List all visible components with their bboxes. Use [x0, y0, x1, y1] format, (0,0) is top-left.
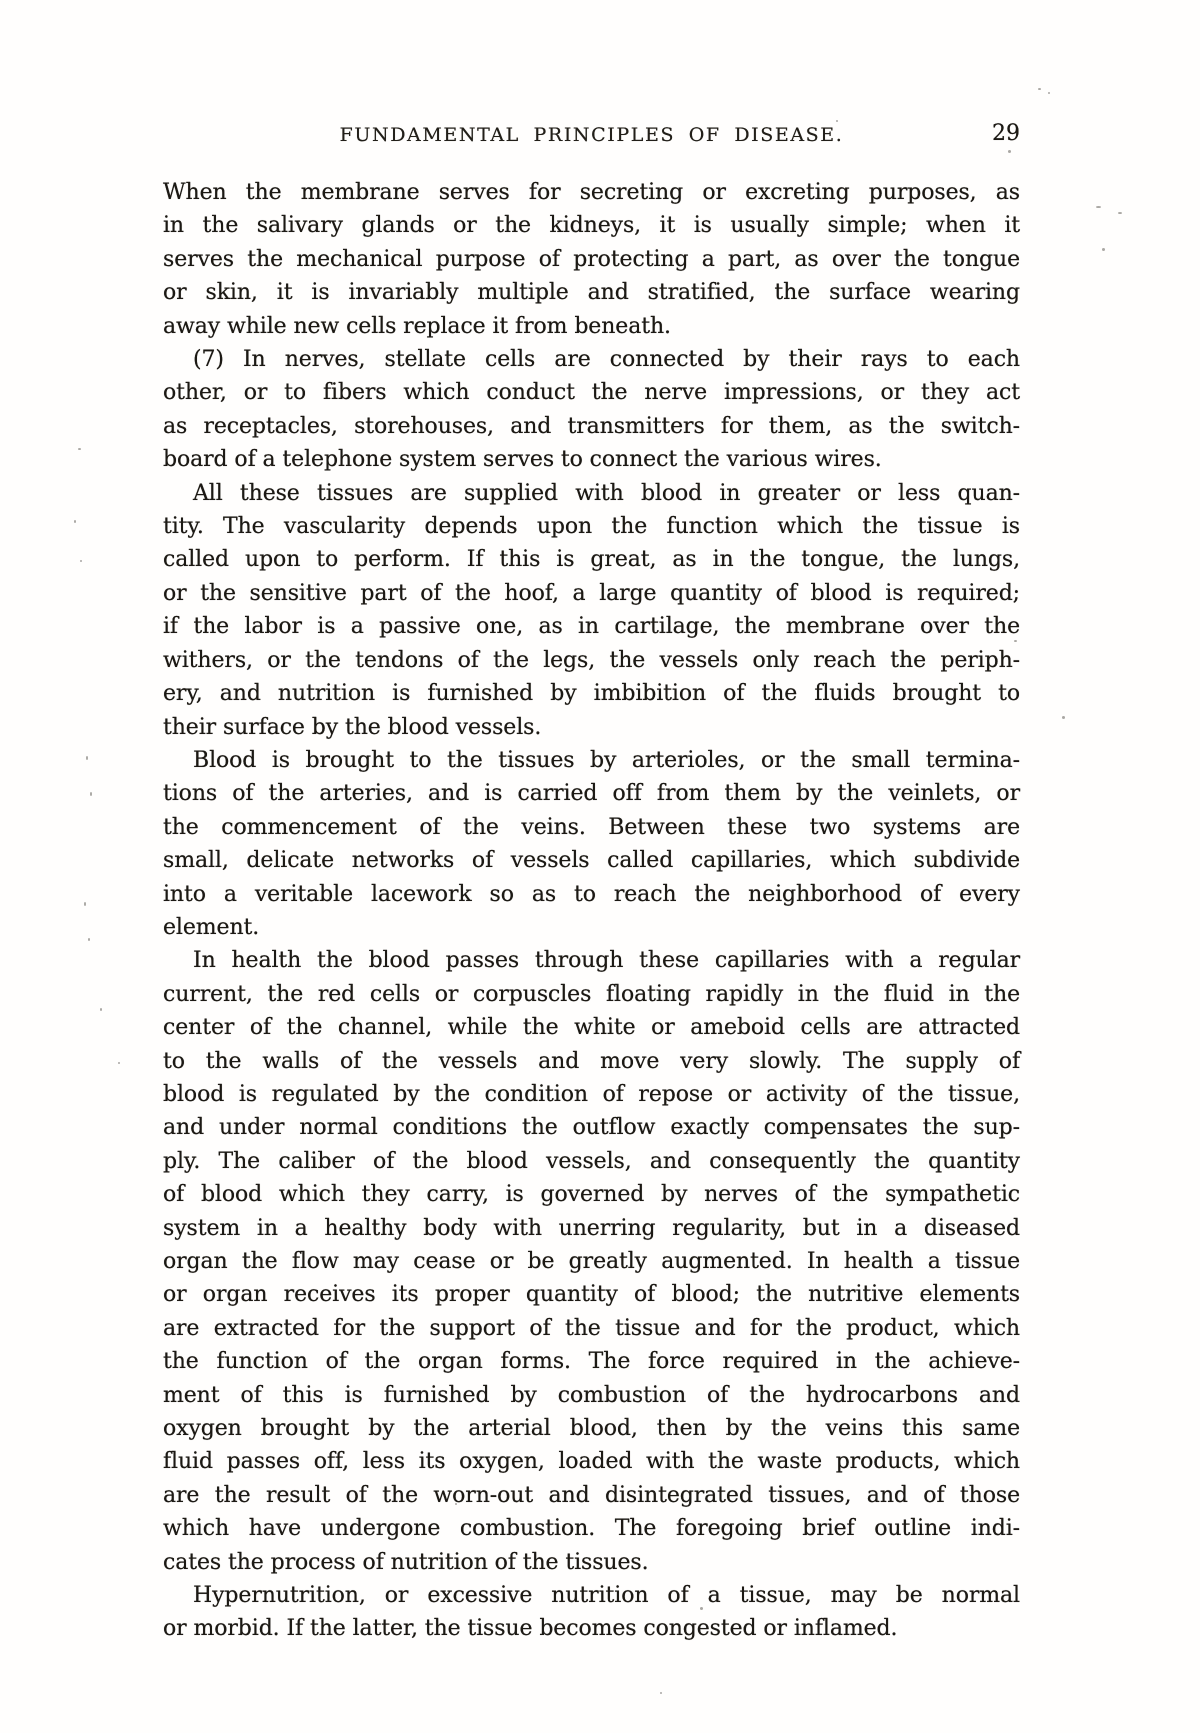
- scan-speckle: [1038, 88, 1041, 90]
- text-line: serves the mechanical purpose of protect…: [163, 243, 1020, 276]
- text-line: small, delicate networks of vessels call…: [163, 844, 1020, 877]
- text-line: or organ receives its proper quantity of…: [163, 1278, 1020, 1311]
- text-line: or the sensitive part of the hoof, a lar…: [163, 577, 1020, 610]
- text-line: into a veritable lacework so as to reach…: [163, 878, 1020, 911]
- text-line: current, the red cells or corpuscles flo…: [163, 978, 1020, 1011]
- text-line: fluid passes off, less its oxygen, loade…: [163, 1445, 1020, 1478]
- text-line: of blood which they carry, is governed b…: [163, 1178, 1020, 1211]
- text-line: center of the channel, while the white o…: [163, 1011, 1020, 1044]
- book-page: FUNDAMENTAL PRINCIPLES OF DISEASE. 29 Wh…: [0, 0, 1200, 1733]
- text-line: to the walls of the vessels and move ver…: [163, 1045, 1020, 1078]
- text-line: organ the flow may cease or be greatly a…: [163, 1245, 1020, 1278]
- text-line: away while new cells replace it from ben…: [163, 310, 1020, 343]
- text-line: or morbid. If the latter, the tissue bec…: [163, 1612, 1020, 1645]
- text-line: Hypernutrition, or excessive nutrition o…: [163, 1579, 1020, 1612]
- text-line: tions of the arteries, and is carried of…: [163, 777, 1020, 810]
- scan-speckle: [118, 1062, 120, 1064]
- text-line: which have undergone combustion. The for…: [163, 1512, 1020, 1545]
- scan-speckle: [1048, 92, 1050, 94]
- running-title: FUNDAMENTAL PRINCIPLES OF DISEASE.: [163, 124, 1020, 146]
- scan-speckle: [455, 1503, 457, 1505]
- paragraph: In health the blood passes through these…: [163, 944, 1020, 1579]
- scan-speckle: [1118, 212, 1122, 214]
- scan-speckle: [660, 1692, 662, 1694]
- text-line: ery, and nutrition is furnished by imbib…: [163, 677, 1020, 710]
- text-line: oxygen brought by the arterial blood, th…: [163, 1412, 1020, 1445]
- text-line: are the result of the worn-out and disin…: [163, 1479, 1020, 1512]
- scan-speckle: [1062, 716, 1065, 719]
- text-line: as receptacles, storehouses, and transmi…: [163, 410, 1020, 443]
- scan-speckle: [86, 756, 88, 760]
- scan-speckle: [700, 1607, 703, 1610]
- text-line: other, or to fibers which conduct the ne…: [163, 376, 1020, 409]
- text-line: All these tissues are supplied with bloo…: [163, 477, 1020, 510]
- text-line: the commencement of the veins. Between t…: [163, 811, 1020, 844]
- scan-speckle: [1008, 150, 1011, 153]
- scan-speckle: [90, 792, 92, 796]
- paragraph: All these tissues are supplied with bloo…: [163, 477, 1020, 744]
- scan-speckle: [100, 1008, 102, 1011]
- text-line: blood is regulated by the condition of r…: [163, 1078, 1020, 1111]
- text-line: When the membrane serves for secreting o…: [163, 176, 1020, 209]
- text-line: ply. The caliber of the blood vessels, a…: [163, 1145, 1020, 1178]
- page-body: When the membrane serves for secreting o…: [163, 176, 1020, 1646]
- scan-speckle: [1102, 248, 1105, 251]
- paragraph: Blood is brought to the tissues by arter…: [163, 744, 1020, 944]
- page-number: 29: [992, 121, 1020, 146]
- page-header: FUNDAMENTAL PRINCIPLES OF DISEASE. 29: [163, 124, 1020, 154]
- paragraph: (7) In nerves, stellate cells are connec…: [163, 343, 1020, 477]
- paragraph: Hypernutrition, or excessive nutrition o…: [163, 1579, 1020, 1646]
- text-line: ment of this is furnished by combustion …: [163, 1379, 1020, 1412]
- text-line: cates the process of nutrition of the ti…: [163, 1546, 1020, 1579]
- text-line: if the labor is a passive one, as in car…: [163, 610, 1020, 643]
- text-line: or skin, it is invariably multiple and s…: [163, 276, 1020, 309]
- text-line: their surface by the blood vessels.: [163, 711, 1020, 744]
- text-line: Blood is brought to the tissues by arter…: [163, 744, 1020, 777]
- text-line: in the salivary glands or the kidneys, i…: [163, 209, 1020, 242]
- text-line: are extracted for the support of the tis…: [163, 1312, 1020, 1345]
- scan-speckle: [1014, 640, 1017, 642]
- scan-speckle: [84, 902, 86, 906]
- text-line: (7) In nerves, stellate cells are connec…: [163, 343, 1020, 376]
- text-line: system in a healthy body with unerring r…: [163, 1212, 1020, 1245]
- text-line: element.: [163, 911, 1020, 944]
- text-line: withers, or the tendons of the legs, the…: [163, 644, 1020, 677]
- scan-speckle: [836, 120, 838, 122]
- scan-speckle: [88, 938, 90, 941]
- text-line: called upon to perform. If this is great…: [163, 543, 1020, 576]
- scan-speckle: [74, 520, 76, 523]
- scan-speckle: [80, 560, 82, 562]
- text-line: and under normal conditions the outflow …: [163, 1111, 1020, 1144]
- scan-speckle: [78, 448, 81, 450]
- scan-speckle: [1096, 206, 1101, 208]
- text-line: In health the blood passes through these…: [163, 944, 1020, 977]
- text-line: board of a telephone system serves to co…: [163, 443, 1020, 476]
- text-line: tity. The vascularity depends upon the f…: [163, 510, 1020, 543]
- paragraph: When the membrane serves for secreting o…: [163, 176, 1020, 343]
- text-line: the function of the organ forms. The for…: [163, 1345, 1020, 1378]
